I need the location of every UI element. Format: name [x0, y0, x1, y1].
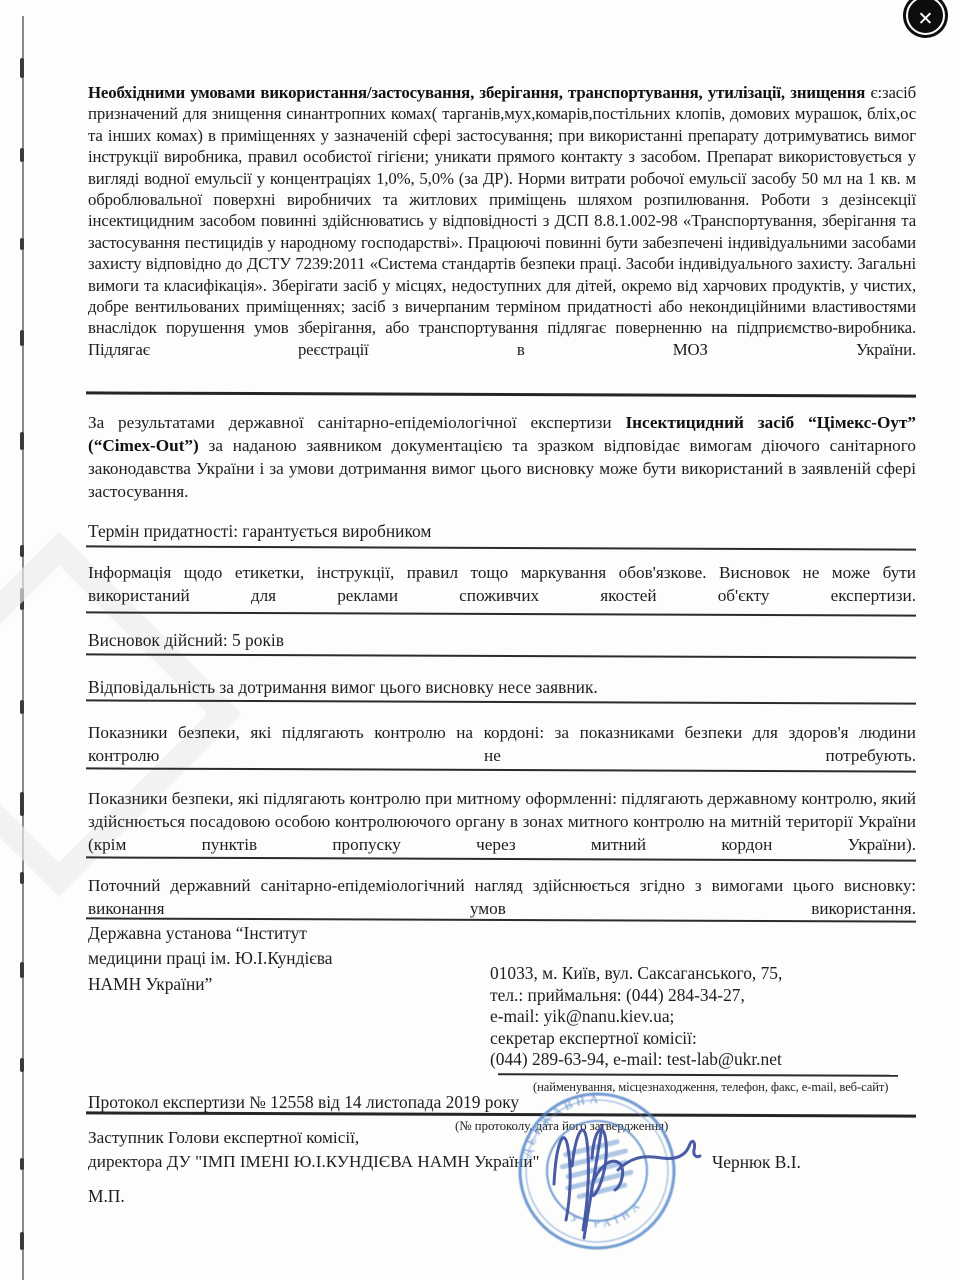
- seal-placeholder: М.П.: [88, 1186, 125, 1207]
- institution-address-block: 01033, м. Київ, вул. Саксаганського, 75,…: [490, 963, 910, 1071]
- expertise-result-pre: За результатами державної санітарно-епід…: [88, 413, 625, 432]
- paragraph-label-info: Інформація щодо етикетки, інструкції, пр…: [88, 561, 916, 607]
- validity-line: Висновок дійсний: 5 років: [88, 629, 916, 651]
- signature-role-line-1: Заступник Голови експертної комісії,: [88, 1128, 359, 1148]
- section-rule: [86, 767, 916, 772]
- close-icon: ✕: [918, 10, 934, 29]
- paragraph-usage-conditions: Необхідними умовами використання/застосу…: [88, 82, 916, 360]
- scan-artifact: [20, 58, 24, 78]
- scan-artifact: [20, 872, 24, 884]
- signature-strokes: [538, 1098, 713, 1243]
- section-rule: [86, 391, 916, 397]
- scan-artifact: [20, 330, 24, 346]
- usage-conditions-lead: Необхідними умовами використання/застосу…: [88, 83, 865, 102]
- scanned-document-page: ✕ Необхідними умовами використання/засто…: [0, 0, 958, 1280]
- usage-conditions-body: є:засіб призначений для знищення синантр…: [88, 83, 916, 359]
- shelf-life-line: Термін придатності: гарантується виробни…: [88, 520, 916, 542]
- address-line: секретар експертної комісії:: [490, 1028, 910, 1050]
- institution-line: НАМН України”: [88, 972, 448, 997]
- paragraph-border-control: Показники безпеки, які підлягають контро…: [88, 721, 916, 767]
- institution-name-block: Державна установа “Інститут медицини пра…: [88, 921, 448, 997]
- handwritten-signature: [538, 1098, 713, 1243]
- expertise-result-post: за наданою заявником документацією та зр…: [88, 436, 916, 501]
- address-rule: [498, 1073, 898, 1077]
- responsibility-line: Відповідальність за дотримання вимог цьо…: [88, 676, 916, 698]
- section-rule: [86, 611, 916, 616]
- paragraph-customs-control: Показники безпеки, які підлягають контро…: [88, 787, 916, 856]
- institution-line: медицини праці ім. Ю.І.Кундієва: [88, 946, 448, 971]
- address-line: тел.: приймальня: (044) 284-34-27,: [490, 985, 910, 1007]
- paragraph-expertise-result: За результатами державної санітарно-епід…: [88, 411, 916, 503]
- scan-artifact: [20, 432, 24, 450]
- close-button[interactable]: ✕: [903, 0, 948, 38]
- section-rule: [86, 545, 916, 550]
- scan-artifact: [20, 545, 24, 557]
- protocol-line: Протокол експертизи № 12558 від 14 листо…: [88, 1092, 519, 1113]
- scan-artifact: [20, 1232, 24, 1250]
- section-rule: [86, 856, 916, 861]
- paragraph-supervision: Поточний державний санітарно-епідеміолог…: [88, 874, 916, 920]
- section-rule: [86, 653, 916, 658]
- institution-line: Державна установа “Інститут: [88, 921, 448, 946]
- address-line: 01033, м. Київ, вул. Саксаганського, 75,: [490, 963, 910, 985]
- signer-name: Чернюк В.І.: [712, 1152, 801, 1173]
- scan-artifact: [20, 962, 24, 978]
- scan-artifact: [20, 1058, 24, 1072]
- scan-artifact: [20, 148, 24, 162]
- address-line: e-mail: yik@nanu.kiev.ua;: [490, 1006, 910, 1028]
- scan-artifact: [20, 238, 24, 250]
- scan-artifact: [20, 1158, 24, 1170]
- signature-role-line-2: директора ДУ "ІМП ІМЕНІ Ю.І.КУНДІЄВА НАМ…: [88, 1152, 540, 1172]
- address-line: (044) 289-63-94, e-mail: test-lab@ukr.ne…: [490, 1049, 910, 1071]
